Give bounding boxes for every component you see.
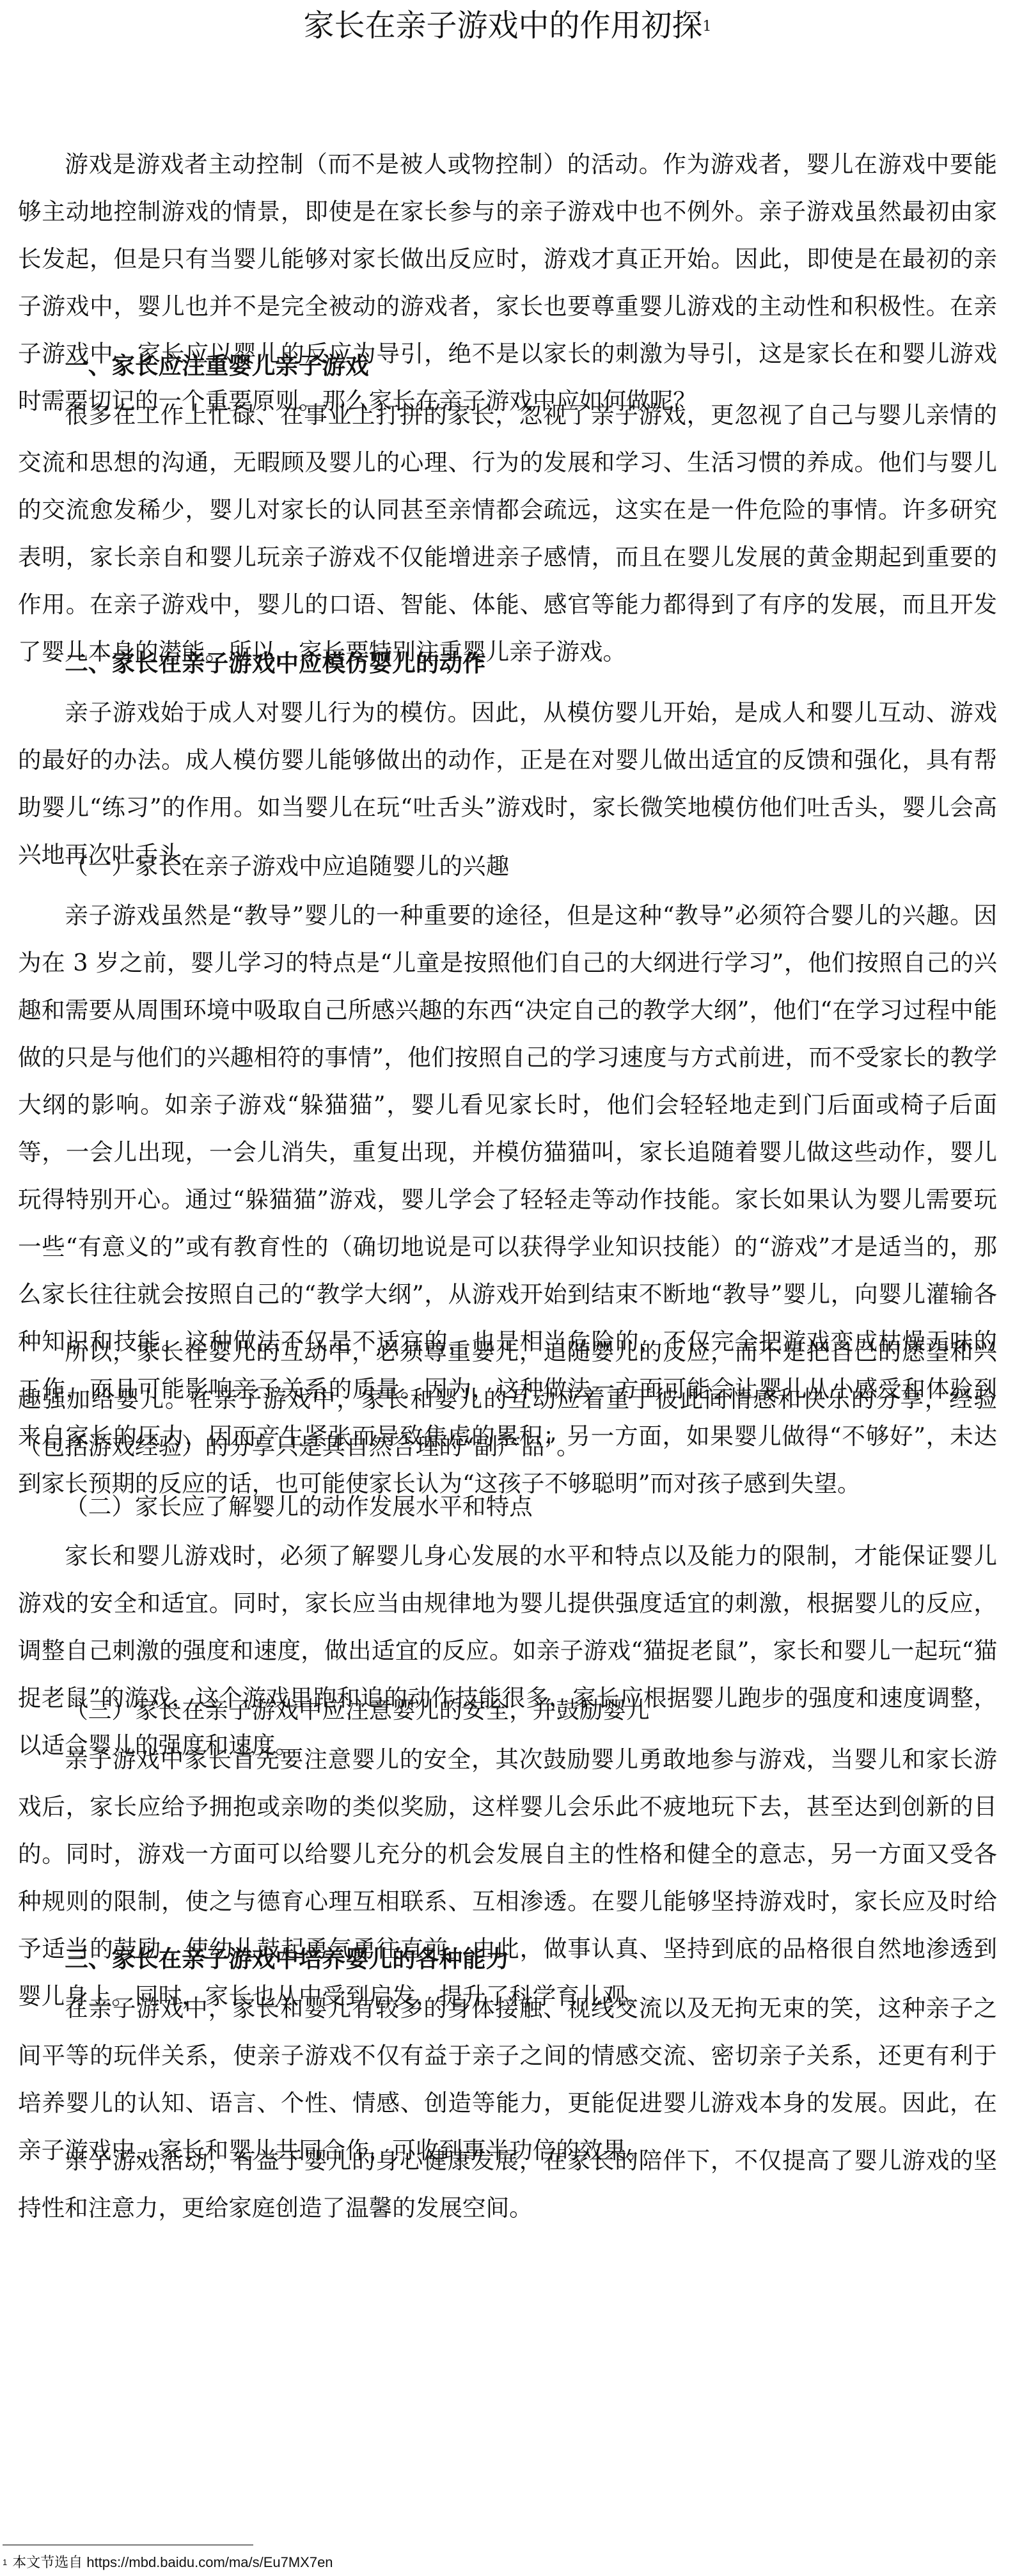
section-2-heading: 二、家长在亲子游戏中应模仿婴儿的动作: [18, 640, 997, 687]
section-1-paragraph: 很多在工作上忙碌、在事业上打拼的家长，忽视了亲子游戏，更忽视了自己与婴儿亲情的交…: [18, 392, 997, 676]
section-3-paragraph-2: 亲子游戏活动，有益于婴儿的身心健康发展，在家长的陪伴下，不仅提高了婴儿游戏的坚持…: [18, 2137, 997, 2232]
footnote-divider: [3, 2545, 253, 2545]
subsection-1-paragraph-2: 所以，家长在婴儿的互动中，必须尊重婴儿，追随婴儿的反应，而不是把自己的愿望和兴趣…: [18, 1328, 997, 1470]
document-title: 家长在亲子游戏中的作用初探1: [18, 5, 997, 46]
footnote: 1本文节选自 https://mbd.baidu.com/ma/s/Eu7MX7…: [3, 2553, 333, 2572]
footnote-text[interactable]: 本文节选自 https://mbd.baidu.com/ma/s/Eu7MX7e…: [12, 2554, 333, 2570]
subsection-1-heading: （一）家长在亲子游戏中应追随婴儿的兴趣: [18, 843, 997, 890]
title-text: 家长在亲子游戏中的作用初探: [303, 8, 702, 44]
footnote-mark: 1: [3, 2557, 7, 2567]
subsection-2-heading: （二）家长应了解婴儿的动作发展水平和特点: [18, 1483, 997, 1530]
title-footnote-mark[interactable]: 1: [703, 19, 712, 35]
section-1-heading: 一、家长应注重婴儿亲子游戏: [18, 342, 997, 390]
subsection-3-heading: （三）家长在亲子游戏中应注意婴儿的安全，并鼓励婴儿: [18, 1687, 997, 1734]
section-3-heading: 三、家长在亲子游戏中培养婴儿的各种能力: [18, 1936, 997, 1983]
